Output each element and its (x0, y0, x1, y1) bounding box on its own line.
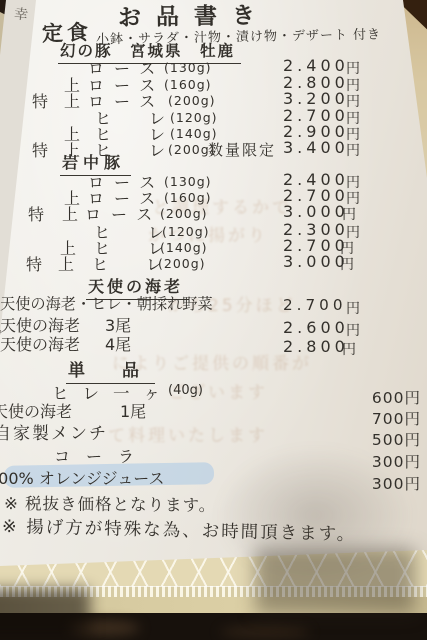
price: 3.400 (283, 138, 349, 157)
yen-label: 円 (346, 140, 360, 160)
menu-row: 自家製メンチ 500円 (0, 419, 427, 439)
limited-quantity-note: 数量限定 (208, 139, 276, 160)
price: 2.800 (283, 337, 349, 356)
grade-jou: 上 (58, 252, 74, 275)
item-weight: (200g) (158, 256, 206, 271)
menu-row: 天使の海老 1尾 700円 (0, 399, 427, 419)
corner-shadow (0, 588, 90, 638)
menu-photo: 幸 と調理するかで かつに揚がり から25分ほど によりご提供の順番が ございま… (0, 0, 427, 640)
menu-row: 天使の海老・ヒレ・朝採れ野菜 2.700 円 (0, 293, 427, 313)
menu-row: 天使の海老 4尾 2.800 円 (0, 332, 427, 352)
yen-label: 円 (342, 339, 356, 359)
price: 2.700 (283, 296, 346, 314)
menu-row: 特 上 ヒレ (200g) 3.000 円 (0, 252, 427, 272)
item-name: 100% オレンジジュース (0, 466, 165, 489)
item-weight: (200g) (160, 206, 208, 221)
menu-row: 天使の海老 3尾 2.600 円 (0, 313, 427, 333)
price: 3.000 (283, 202, 349, 221)
menu-row: ヒレ一ヶ (40g) 600円 (0, 380, 427, 400)
grade-toku: 特 (26, 252, 42, 275)
menu-row: 特 上 ロース (200g) 3.000 円 (0, 202, 427, 222)
yen-label: 円 (340, 254, 354, 274)
grade-toku: 特 (32, 138, 48, 161)
item-name: 天使の海老・ヒレ・朝採れ野菜 (0, 293, 213, 314)
price: 3.000 (283, 252, 349, 271)
soft-shadow-on-tablecloth (255, 548, 415, 614)
item-quantity: 4尾 (105, 332, 131, 355)
item-name: 天使の海老 (0, 332, 80, 355)
item-weight: (40g) (168, 383, 203, 398)
note-tax-excluded: ※ 税抜き価格となります。 (4, 490, 216, 516)
item-name: コーラ (54, 444, 150, 467)
item-name: 自家製メンチ (0, 419, 108, 444)
